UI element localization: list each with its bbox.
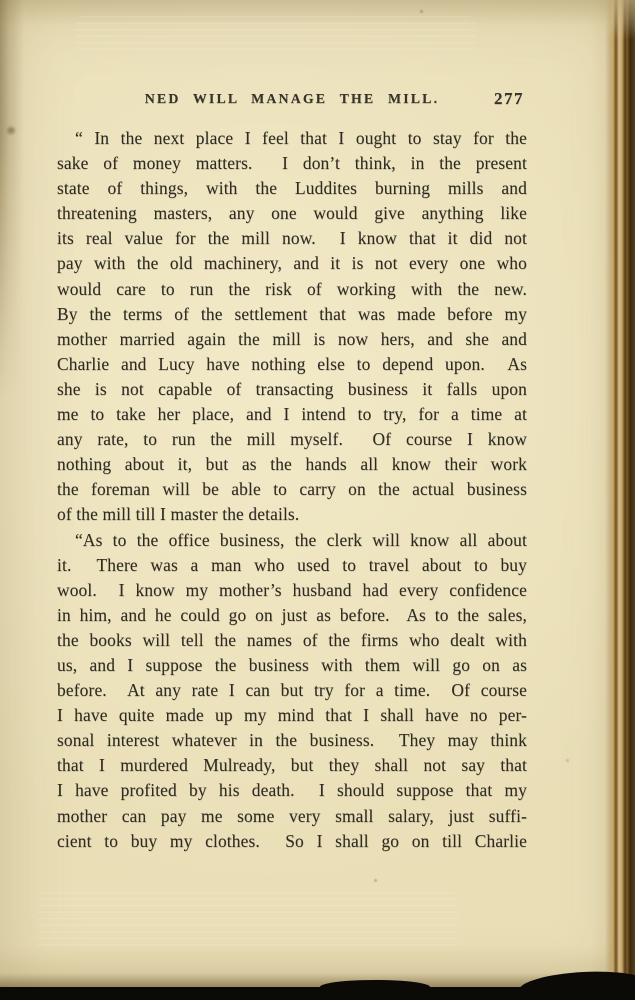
book-page-edges — [605, 0, 635, 990]
text-line: pay with the old machinery, and it is no… — [57, 251, 527, 276]
text-line: sonal interest whatever in the business.… — [57, 728, 527, 753]
paper-speck — [566, 759, 569, 762]
text-line: “As to the office business, the clerk wi… — [57, 528, 527, 553]
paper-speck — [7, 127, 15, 134]
chapter-running-title: NED WILL MANAGE THE MILL. — [57, 91, 527, 107]
paragraph: “As to the office business, the clerk wi… — [57, 528, 527, 854]
text-line: the foreman will be able to carry on the… — [57, 477, 527, 502]
paragraph: “ In the next place I feel that I ought … — [57, 126, 527, 528]
page-gutter-shadow — [0, 0, 26, 420]
page-number: 277 — [494, 89, 524, 109]
text-line: me to take her place, and I intend to tr… — [57, 402, 527, 427]
text-line: before. At any rate I can but try for a … — [57, 678, 527, 703]
text-line: it. There was a man who used to travel a… — [57, 553, 527, 578]
text-line: the books will tell the names of the fir… — [57, 628, 527, 653]
paper-speck — [374, 879, 377, 882]
running-header: NED WILL MANAGE THE MILL. 277 — [57, 91, 527, 109]
text-line: us, and I suppose the business with them… — [57, 653, 527, 678]
text-line: I have quite made up my mind that I shal… — [57, 703, 527, 728]
text-line: mother married again the mill is now her… — [57, 327, 527, 352]
text-line: I have profited by his death. I should s… — [57, 778, 527, 803]
text-line: in him, and he could go on just as befor… — [57, 603, 527, 628]
text-line: wool. I know my mother’s husband had eve… — [57, 578, 527, 603]
text-line: “ In the next place I feel that I ought … — [57, 126, 527, 151]
text-line: that I murdered Mulready, but they shall… — [57, 753, 527, 778]
text-line: she is not capable of transacting busine… — [57, 377, 527, 402]
scanned-book-page: NED WILL MANAGE THE MILL. 277 “ In the n… — [0, 0, 635, 1000]
text-line: By the terms of the settlement that was … — [57, 302, 527, 327]
scan-dark-base-bump — [320, 980, 430, 994]
text-line: mother can pay me some very small salary… — [57, 804, 527, 829]
body-text: “ In the next place I feel that I ought … — [57, 126, 527, 854]
text-line: any rate, to run the mill myself. Of cou… — [57, 427, 527, 452]
text-line: state of things, with the Luddites burni… — [57, 176, 527, 201]
text-line: nothing about it, but as the hands all k… — [57, 452, 527, 477]
text-line: cient to buy my clothes. So I shall go o… — [57, 829, 527, 854]
paper-texture — [38, 892, 458, 950]
paper-speck — [420, 10, 423, 13]
text-line: of the mill till I master the details. — [57, 502, 527, 527]
text-line: its real value for the mill now. I know … — [57, 226, 527, 251]
text-line: threatening masters, any one would give … — [57, 201, 527, 226]
paper-texture — [75, 16, 475, 50]
text-line: Charlie and Lucy have nothing else to de… — [57, 352, 527, 377]
text-line: would care to run the risk of working wi… — [57, 277, 527, 302]
text-line: sake of money matters. I don’t think, in… — [57, 151, 527, 176]
